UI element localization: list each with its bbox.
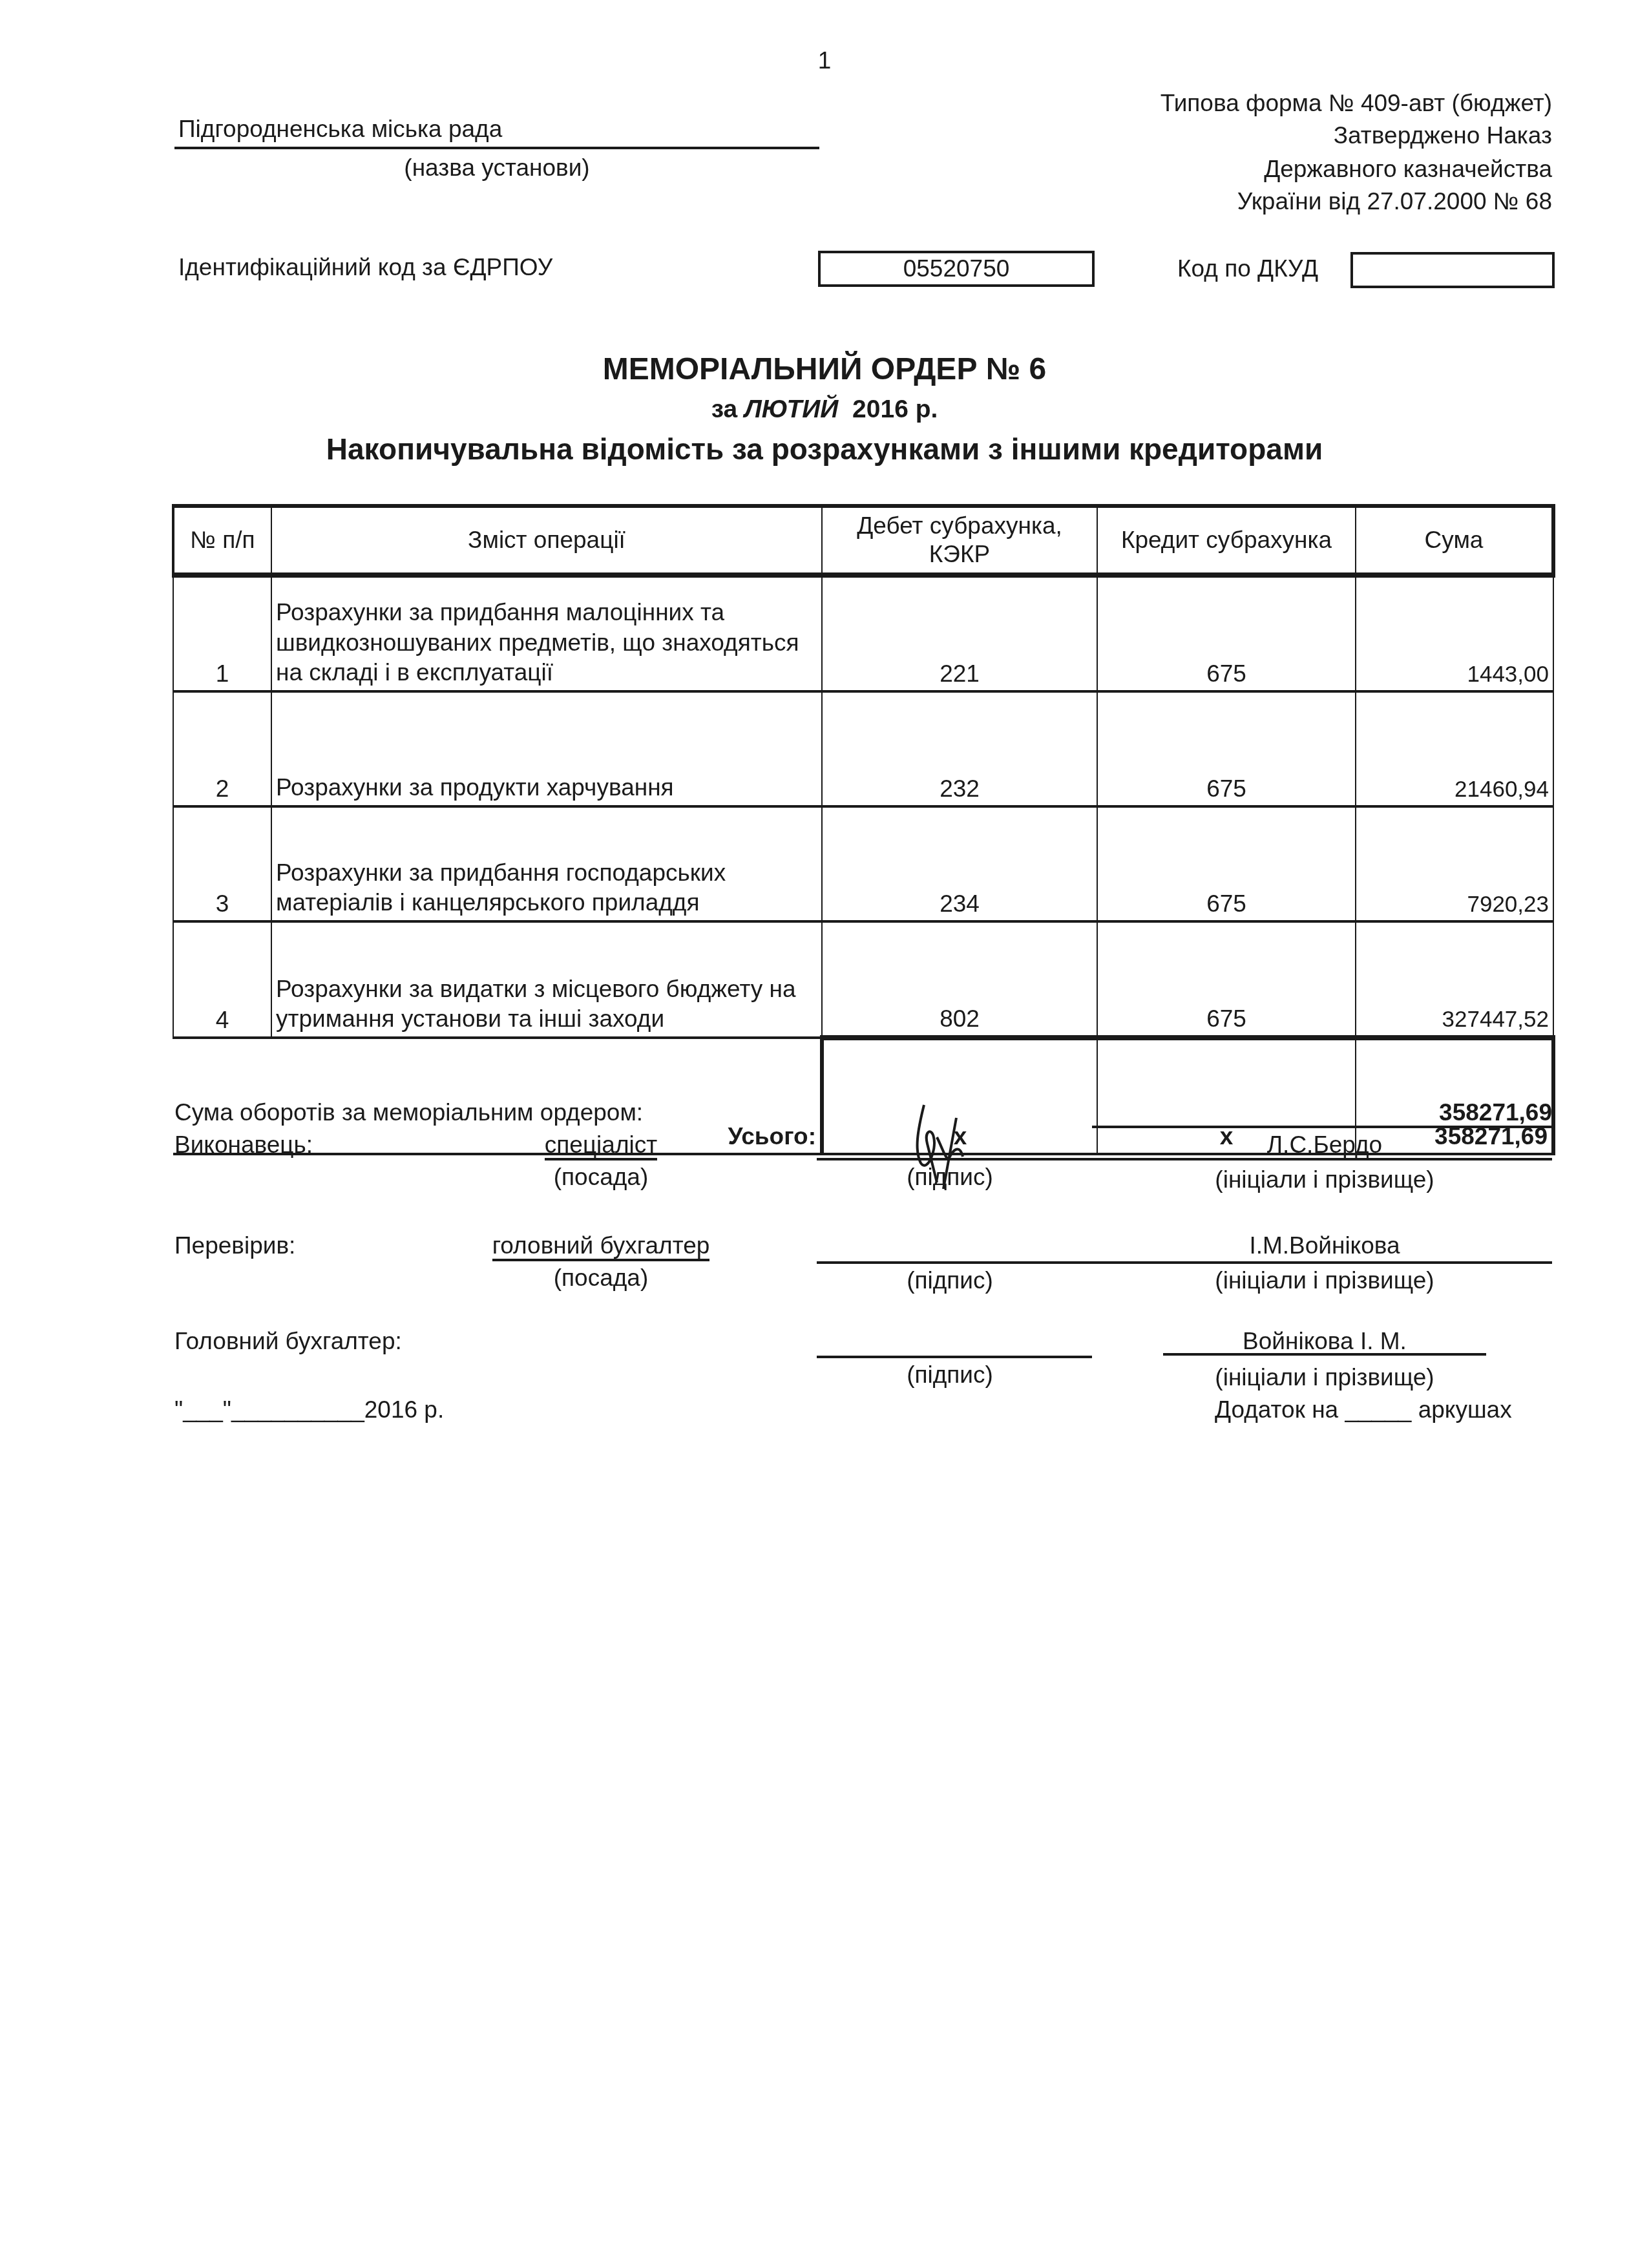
institution-caption: (назва установи) — [174, 154, 819, 182]
row-description: Розрахунки за видатки з місцевого бюджет… — [271, 921, 822, 1038]
row-debit: 234 — [822, 806, 1097, 921]
row-sum: 21460,94 — [1356, 691, 1553, 806]
row-debit: 802 — [822, 921, 1097, 1038]
row-debit: 221 — [822, 575, 1097, 691]
row-description: Розрахунки за придбання господарських ма… — [271, 806, 822, 921]
header-description: Зміст операції — [271, 506, 822, 575]
checker-label: Перевірив: — [174, 1232, 295, 1260]
row-credit: 675 — [1097, 575, 1356, 691]
row-number: 4 — [173, 921, 271, 1038]
row-sum: 1443,00 — [1356, 575, 1553, 691]
form-type: Типова форма № 409-авт (бюджет) — [1161, 89, 1552, 118]
turnover-value: 358271,69 — [1439, 1098, 1552, 1127]
checker-signature-caption: (підпис) — [885, 1266, 1014, 1295]
row-credit: 675 — [1097, 921, 1356, 1038]
row-debit: 232 — [822, 691, 1097, 806]
header-credit: Кредит субрахунка — [1097, 506, 1356, 575]
checker-position-caption: (посада) — [530, 1264, 672, 1292]
form-approved: Затверджено Наказ — [1334, 121, 1552, 150]
dkud-label: Код по ДКУД — [1177, 255, 1318, 283]
executor-name: Л.С.Бердо — [1176, 1131, 1473, 1159]
edrpou-label: Ідентифікаційний код за ЄДРПОУ — [178, 253, 552, 282]
row-sum: 7920,23 — [1356, 806, 1553, 921]
row-credit: 675 — [1097, 691, 1356, 806]
form-authority: Державного казначейства — [1264, 155, 1552, 184]
table-row: 4 Розрахунки за видатки з місцевого бюдж… — [173, 921, 1553, 1038]
chief-accountant-name: Войнікова І. М. — [1163, 1327, 1486, 1356]
table-header-row: № п/п Зміст операції Дебет субрахунка, К… — [173, 506, 1553, 575]
dkud-field — [1350, 252, 1555, 288]
period-year: 2016 р. — [852, 395, 938, 423]
page-number: 1 — [792, 47, 857, 75]
period-prefix: за — [711, 395, 738, 423]
table-row: 1 Розрахунки за придбання малоцінних та … — [173, 575, 1553, 691]
chief-accountant-signature-caption: (підпис) — [885, 1361, 1014, 1389]
chief-accountant-signature-line — [817, 1356, 1092, 1358]
ledger-table: № п/п Зміст операції Дебет субрахунка, К… — [172, 504, 1555, 1155]
row-credit: 675 — [1097, 806, 1356, 921]
row-number: 3 — [173, 806, 271, 921]
executor-position-caption: (посада) — [530, 1163, 672, 1192]
chief-accountant-label: Головний бухгалтер: — [174, 1327, 402, 1356]
date-field: "___"__________2016 р. — [174, 1396, 444, 1424]
turnover-label: Сума оборотів за меморіальним ордером: — [174, 1098, 643, 1127]
document-period: за ЛЮТИЙ 2016 р. — [0, 395, 1649, 424]
appendix-note: Додаток на _____ аркушах — [1215, 1396, 1512, 1424]
row-description: Розрахунки за продукти харчування — [271, 691, 822, 806]
executor-name-caption: (ініціали і прізвище) — [1176, 1166, 1473, 1194]
row-number: 2 — [173, 691, 271, 806]
period-month: ЛЮТИЙ — [744, 395, 838, 423]
checker-name-caption: (ініціали і прізвище) — [1176, 1266, 1473, 1295]
row-number: 1 — [173, 575, 271, 691]
institution-name: Підгородненська міська рада — [178, 115, 502, 143]
turnover-underline — [1092, 1126, 1552, 1128]
row-sum: 327447,52 — [1356, 921, 1553, 1038]
executor-position: спеціаліст — [536, 1131, 666, 1159]
row-description: Розрахунки за придбання малоцінних та шв… — [271, 575, 822, 691]
edrpou-field: 05520750 — [818, 251, 1095, 287]
executor-label: Виконавець: — [174, 1131, 313, 1159]
document-title: МЕМОРІАЛЬНИЙ ОРДЕР № 6 — [0, 352, 1649, 387]
chief-accountant-name-caption: (ініціали і прізвище) — [1163, 1363, 1486, 1392]
header-debit: Дебет субрахунка, КЭКР — [822, 506, 1097, 575]
checker-name: І.М.Войнікова — [1176, 1232, 1473, 1260]
header-sum: Сума — [1356, 506, 1553, 575]
executor-signature-caption: (підпис) — [885, 1163, 1014, 1192]
table-row: 2 Розрахунки за продукти харчування 232 … — [173, 691, 1553, 806]
document-subtitle: Накопичувальна відомість за розрахунками… — [0, 432, 1649, 467]
table-row: 3 Розрахунки за придбання господарських … — [173, 806, 1553, 921]
institution-underline — [174, 147, 819, 149]
header-number: № п/п — [173, 506, 271, 575]
chief-accountant-name-line — [1163, 1353, 1486, 1356]
checker-signature-line — [817, 1261, 1552, 1264]
form-order-date: України від 27.07.2000 № 68 — [1237, 187, 1552, 216]
checker-position: головний бухгалтер — [478, 1232, 724, 1260]
